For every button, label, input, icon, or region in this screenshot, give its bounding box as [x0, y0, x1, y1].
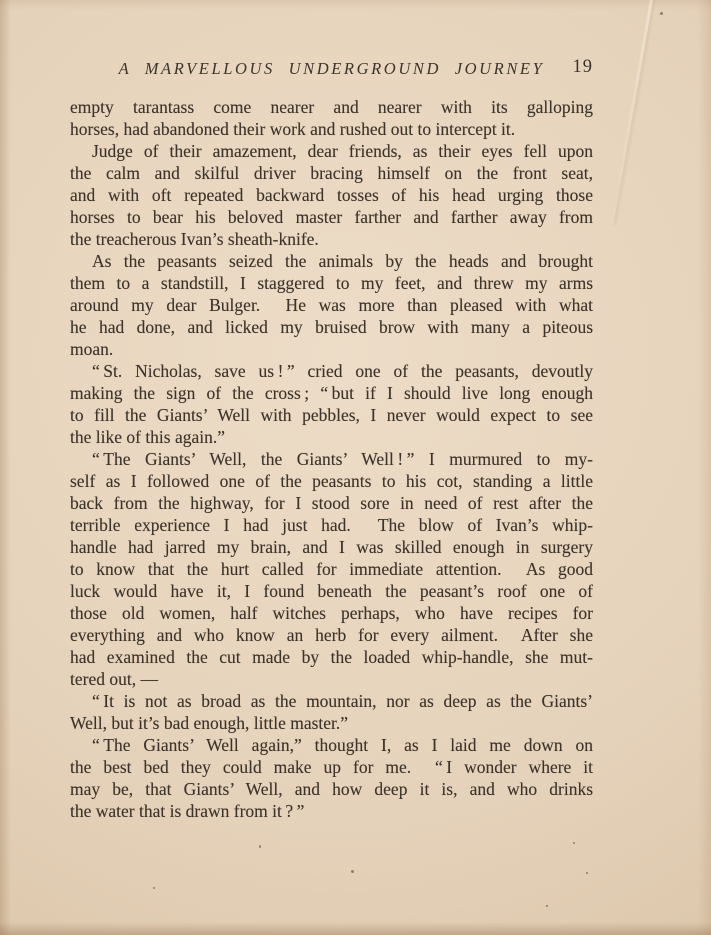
text-line: the treacherous Ivan’s sheath-knife.: [70, 228, 593, 250]
text-line: them to a standstill, I staggered to my …: [70, 272, 593, 294]
paper-speck: [259, 845, 261, 848]
text-line: tered out, —: [70, 668, 593, 690]
text-line: those old women, half witches perhaps, w…: [70, 602, 593, 624]
text-line: “ St. Nicholas, save us ! ” cried one of…: [70, 360, 593, 382]
text-line: to fill the Giants’ Well with pebbles, I…: [70, 404, 593, 426]
text-line: As the peasants seized the animals by th…: [70, 250, 593, 272]
text-line: around my dear Bulger. He was more than …: [70, 294, 593, 316]
text-line: and with oft repeated backward tosses of…: [70, 184, 593, 206]
text-line: Well, but it’s bad enough, little master…: [70, 712, 593, 734]
paper-speck: [573, 842, 575, 844]
text-line: had examined the cut made by the loaded …: [70, 646, 593, 668]
text-line: to know that the hurt called for immedia…: [70, 558, 593, 580]
scanned-book-page: A MARVELLOUS UNDERGROUND JOURNEY 19 empt…: [0, 0, 711, 935]
text-line: may be, that Giants’ Well, and how deep …: [70, 778, 593, 800]
text-block: empty tarantass come nearer and nearer w…: [70, 96, 593, 822]
text-line: he had done, and licked my bruised brow …: [70, 316, 593, 338]
text-line: the water that is drawn from it ? ”: [70, 800, 593, 822]
paper-speck: [351, 870, 354, 873]
text-line: Judge of their amazement, dear friends, …: [70, 140, 593, 162]
text-line: “ The Giants’ Well again,” thought I, as…: [70, 734, 593, 756]
text-line: horses to bear his beloved master farthe…: [70, 206, 593, 228]
text-line: everything and who know an herb for ever…: [70, 624, 593, 646]
paper-speck: [586, 872, 588, 874]
text-line: handle had jarred my brain, and I was sk…: [70, 536, 593, 558]
page-number: 19: [573, 57, 594, 78]
text-line: empty tarantass come nearer and nearer w…: [70, 96, 593, 118]
paper-speck: [153, 887, 155, 889]
text-line: horses, had abandoned their work and rus…: [70, 118, 593, 140]
text-line: “ It is not as broad as the mountain, no…: [70, 690, 593, 712]
text-line: the best bed they could make up for me. …: [70, 756, 593, 778]
text-line: the like of this again.”: [70, 426, 593, 448]
text-line: self as I followed one of the peasants t…: [70, 470, 593, 492]
text-line: moan.: [70, 338, 593, 360]
paper-speck: [660, 12, 663, 15]
text-line: terrible experience I had just had. The …: [70, 514, 593, 536]
running-header: A MARVELLOUS UNDERGROUND JOURNEY 19: [70, 59, 593, 79]
text-line: the calm and skilful driver bracing hims…: [70, 162, 593, 184]
paper-speck: [546, 905, 548, 907]
text-line: “ The Giants’ Well, the Giants’ Well ! ”…: [70, 448, 593, 470]
text-line: luck would have it, I found beneath the …: [70, 580, 593, 602]
text-line: back from the highway, for I stood sore …: [70, 492, 593, 514]
page-crease: [610, 0, 655, 225]
text-line: making the sign of the cross ; “ but if …: [70, 382, 593, 404]
running-header-title: A MARVELLOUS UNDERGROUND JOURNEY: [70, 59, 593, 79]
